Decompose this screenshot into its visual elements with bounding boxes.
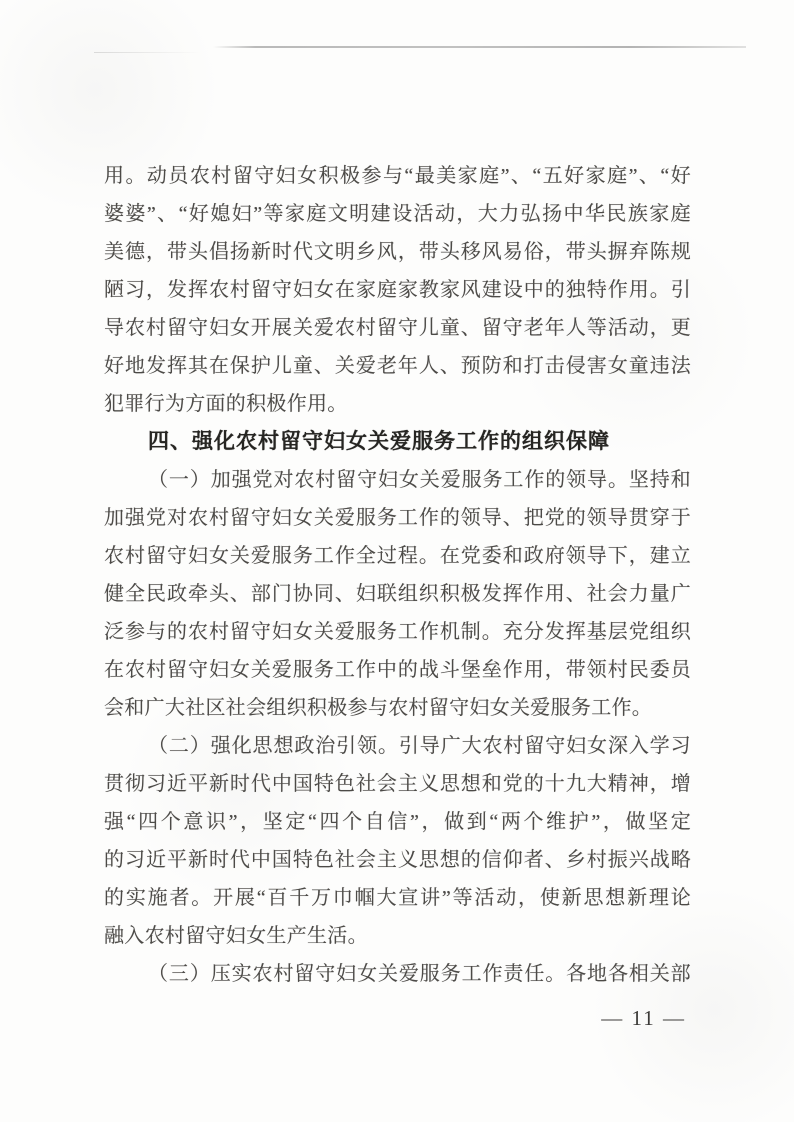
text-line: 的实施者。开展“百千万巾帼大宣讲”等活动，使新思想新理论 [104, 879, 691, 917]
page-number: — 11 — [601, 1006, 686, 1031]
text-line: 陋习，发挥农村留守妇女在家庭家教家风建设中的独特作用。引 [104, 271, 691, 309]
text-line: 强“四个意识”，坚定“四个自信”，做到“两个维护”，做坚定 [104, 803, 691, 841]
section-heading: 四、强化农村留守妇女关爱服务工作的组织保障 [104, 423, 691, 461]
text-line: 美德，带头倡扬新时代文明乡风，带头移风易俗，带头摒弃陈规 [104, 233, 691, 271]
text-line: 融入农村留守妇女生产生活。 [104, 917, 691, 955]
text-line: 贯彻习近平新时代中国特色社会主义思想和党的十九大精神，增 [104, 765, 691, 803]
text-line: 会和广大社区社会组织积极参与农村留守妇女关爱服务工作。 [104, 689, 691, 727]
text-line: （二）强化思想政治引领。引导广大农村留守妇女深入学习 [104, 727, 691, 765]
text-line: 在农村留守妇女关爱服务工作中的战斗堡垒作用，带领村民委员 [104, 651, 691, 689]
scan-artifact-line [213, 46, 746, 48]
document-page: 用。动员农村留守妇女积极参与“最美家庭”、“五好家庭”、“好 婆婆”、“好媳妇”… [104, 157, 691, 993]
text-line: 的习近平新时代中国特色社会主义思想的信仰者、乡村振兴战略 [104, 841, 691, 879]
text-line: 婆婆”、“好媳妇”等家庭文明建设活动，大力弘扬中华民族家庭 [104, 195, 691, 233]
text-line: 用。动员农村留守妇女积极参与“最美家庭”、“五好家庭”、“好 [104, 157, 691, 195]
text-line: 泛参与的农村留守妇女关爱服务工作机制。充分发挥基层党组织 [104, 613, 691, 651]
text-line: 导农村留守妇女开展关爱农村留守儿童、留守老年人等活动，更 [104, 309, 691, 347]
text-line: （三）压实农村留守妇女关爱服务工作责任。各地各相关部 [104, 955, 691, 993]
text-line: 农村留守妇女关爱服务工作全过程。在党委和政府领导下，建立 [104, 537, 691, 575]
text-line: 犯罪行为方面的积极作用。 [104, 385, 691, 423]
scan-artifact-mark [94, 52, 202, 53]
text-line: 加强党对农村留守妇女关爱服务工作的领导、把党的领导贯穿于 [104, 499, 691, 537]
text-line: 好地发挥其在保护儿童、关爱老年人、预防和打击侵害女童违法 [104, 347, 691, 385]
text-line: （一）加强党对农村留守妇女关爱服务工作的领导。坚持和 [104, 461, 691, 499]
text-line: 健全民政牵头、部门协同、妇联组织积极发挥作用、社会力量广 [104, 575, 691, 613]
